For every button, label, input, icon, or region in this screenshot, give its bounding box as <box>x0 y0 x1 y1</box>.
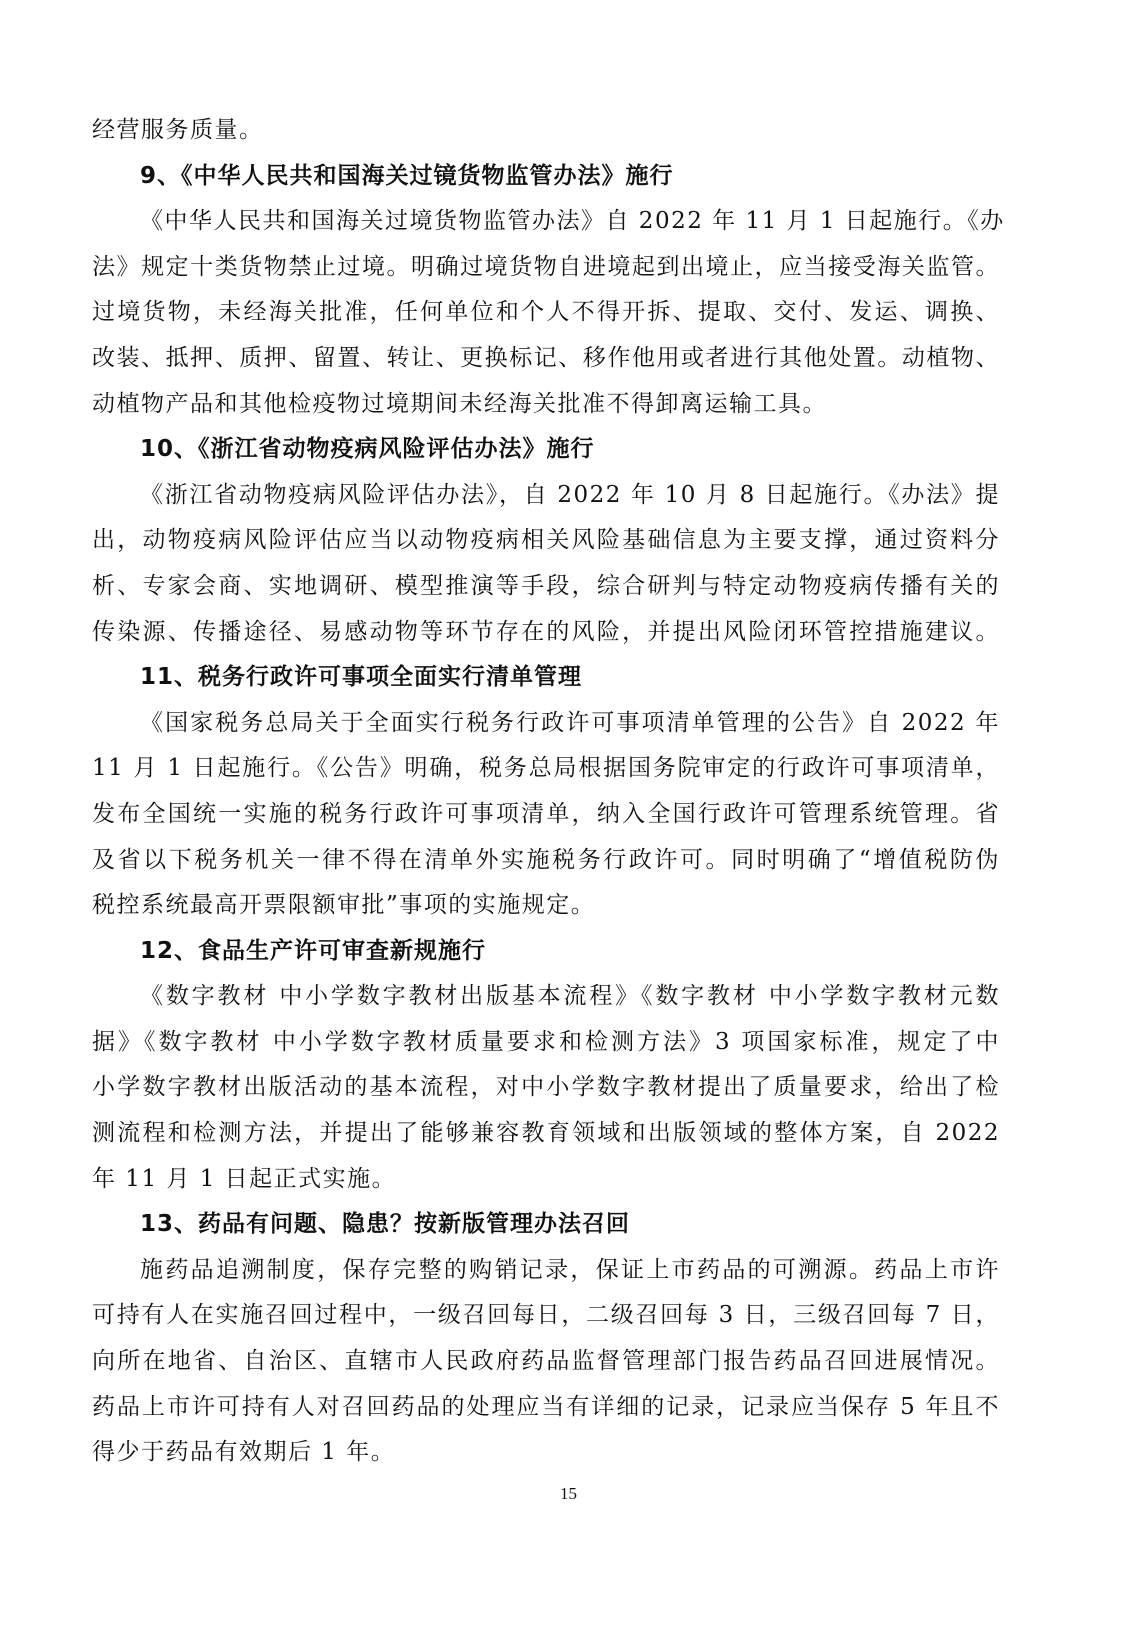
text-line: 动植物产品和其他检疫物过境期间未经海关批准不得卸离运输工具。 <box>92 382 1000 428</box>
text-line: 小学数字教材出版活动的基本流程，对中小学数字教材提出了质量要求，给出了检 <box>92 1065 1000 1111</box>
section-13: 13、药品有问题、隐患？按新版管理办法召回 施药品追溯制度，保存完整的购销记录，… <box>92 1202 1000 1476</box>
text-line: 出，动物疫病风险评估应当以动物疫病相关风险基础信息为主要支撑，通过资料分 <box>92 518 1000 564</box>
section-12: 12、食品生产许可审查新规施行 《数字教材 中小学数字教材出版基本流程》《数字教… <box>92 929 1000 1203</box>
section-heading: 10、《浙江省动物疫病风险评估办法》施行 <box>92 427 1000 473</box>
page-number: 15 <box>0 1484 1137 1504</box>
text-line: 据》《数字教材 中小学数字教材质量要求和检测方法》3 项国家标准，规定了中 <box>92 1020 1000 1066</box>
document-page: 经营服务质量。 9、《中华人民共和国海关过镜货物监管办法》施行 《中华人民共和国… <box>92 108 1000 1476</box>
text-line: 11 月 1 日起施行。《公告》明确，税务总局根据国务院审定的行政许可事项清单， <box>92 746 1000 792</box>
text-line: 《国家税务总局关于全面实行税务行政许可事项清单管理的公告》自 2022 年 <box>92 701 1000 747</box>
text-line: 《浙江省动物疫病风险评估办法》，自 2022 年 10 月 8 日起施行。《办法… <box>92 473 1000 519</box>
section-heading: 13、药品有问题、隐患？按新版管理办法召回 <box>92 1202 1000 1248</box>
text-line: 发布全国统一实施的税务行政许可事项清单，纳入全国行政许可管理系统管理。省 <box>92 792 1000 838</box>
section-11: 11、税务行政许可事项全面实行清单管理 《国家税务总局关于全面实行税务行政许可事… <box>92 655 1000 929</box>
text-line: 《中华人民共和国海关过境货物监管办法》自 2022 年 11 月 1 日起施行。… <box>92 199 1000 245</box>
text-line: 经营服务质量。 <box>92 108 1000 154</box>
section-heading: 11、税务行政许可事项全面实行清单管理 <box>92 655 1000 701</box>
text-line: 向所在地省、自治区、直辖市人民政府药品监督管理部门报告药品召回进展情况。 <box>92 1339 1000 1385</box>
section-heading: 9、《中华人民共和国海关过镜货物监管办法》施行 <box>92 154 1000 200</box>
text-line: 药品上市许可持有人对召回药品的处理应当有详细的记录，记录应当保存 5 年且不 <box>92 1385 1000 1431</box>
section-heading: 12、食品生产许可审查新规施行 <box>92 929 1000 975</box>
text-line: 过境货物，未经海关批准，任何单位和个人不得开拆、提取、交付、发运、调换、 <box>92 290 1000 336</box>
text-line: 改装、抵押、质押、留置、转让、更换标记、移作他用或者进行其他处置。动植物、 <box>92 336 1000 382</box>
text-line: 法》规定十类货物禁止过境。明确过境货物自进境起到出境止，应当接受海关监管。 <box>92 245 1000 291</box>
text-line: 传染源、传播途径、易感动物等环节存在的风险，并提出风险闭环管控措施建议。 <box>92 610 1000 656</box>
text-line: 年 11 月 1 日起正式实施。 <box>92 1157 1000 1203</box>
text-line: 施药品追溯制度，保存完整的购销记录，保证上市药品的可溯源。药品上市许 <box>92 1248 1000 1294</box>
text-line: 可持有人在实施召回过程中，一级召回每日，二级召回每 3 日，三级召回每 7 日， <box>92 1293 1000 1339</box>
text-line: 税控系统最高开票限额审批”事项的实施规定。 <box>92 883 1000 929</box>
text-line: 《数字教材 中小学数字教材出版基本流程》《数字教材 中小学数字教材元数 <box>92 974 1000 1020</box>
text-line: 及省以下税务机关一律不得在清单外实施税务行政许可。同时明确了“增值税防伪 <box>92 838 1000 884</box>
text-line: 析、专家会商、实地调研、模型推演等手段，综合研判与特定动物疫病传播有关的 <box>92 564 1000 610</box>
section-9: 9、《中华人民共和国海关过镜货物监管办法》施行 《中华人民共和国海关过境货物监管… <box>92 154 1000 428</box>
paragraph-continuation: 经营服务质量。 <box>92 108 1000 154</box>
text-line: 测流程和检测方法，并提出了能够兼容教育领域和出版领域的整体方案，自 2022 <box>92 1111 1000 1157</box>
text-line: 得少于药品有效期后 1 年。 <box>92 1430 1000 1476</box>
section-10: 10、《浙江省动物疫病风险评估办法》施行 《浙江省动物疫病风险评估办法》，自 2… <box>92 427 1000 655</box>
